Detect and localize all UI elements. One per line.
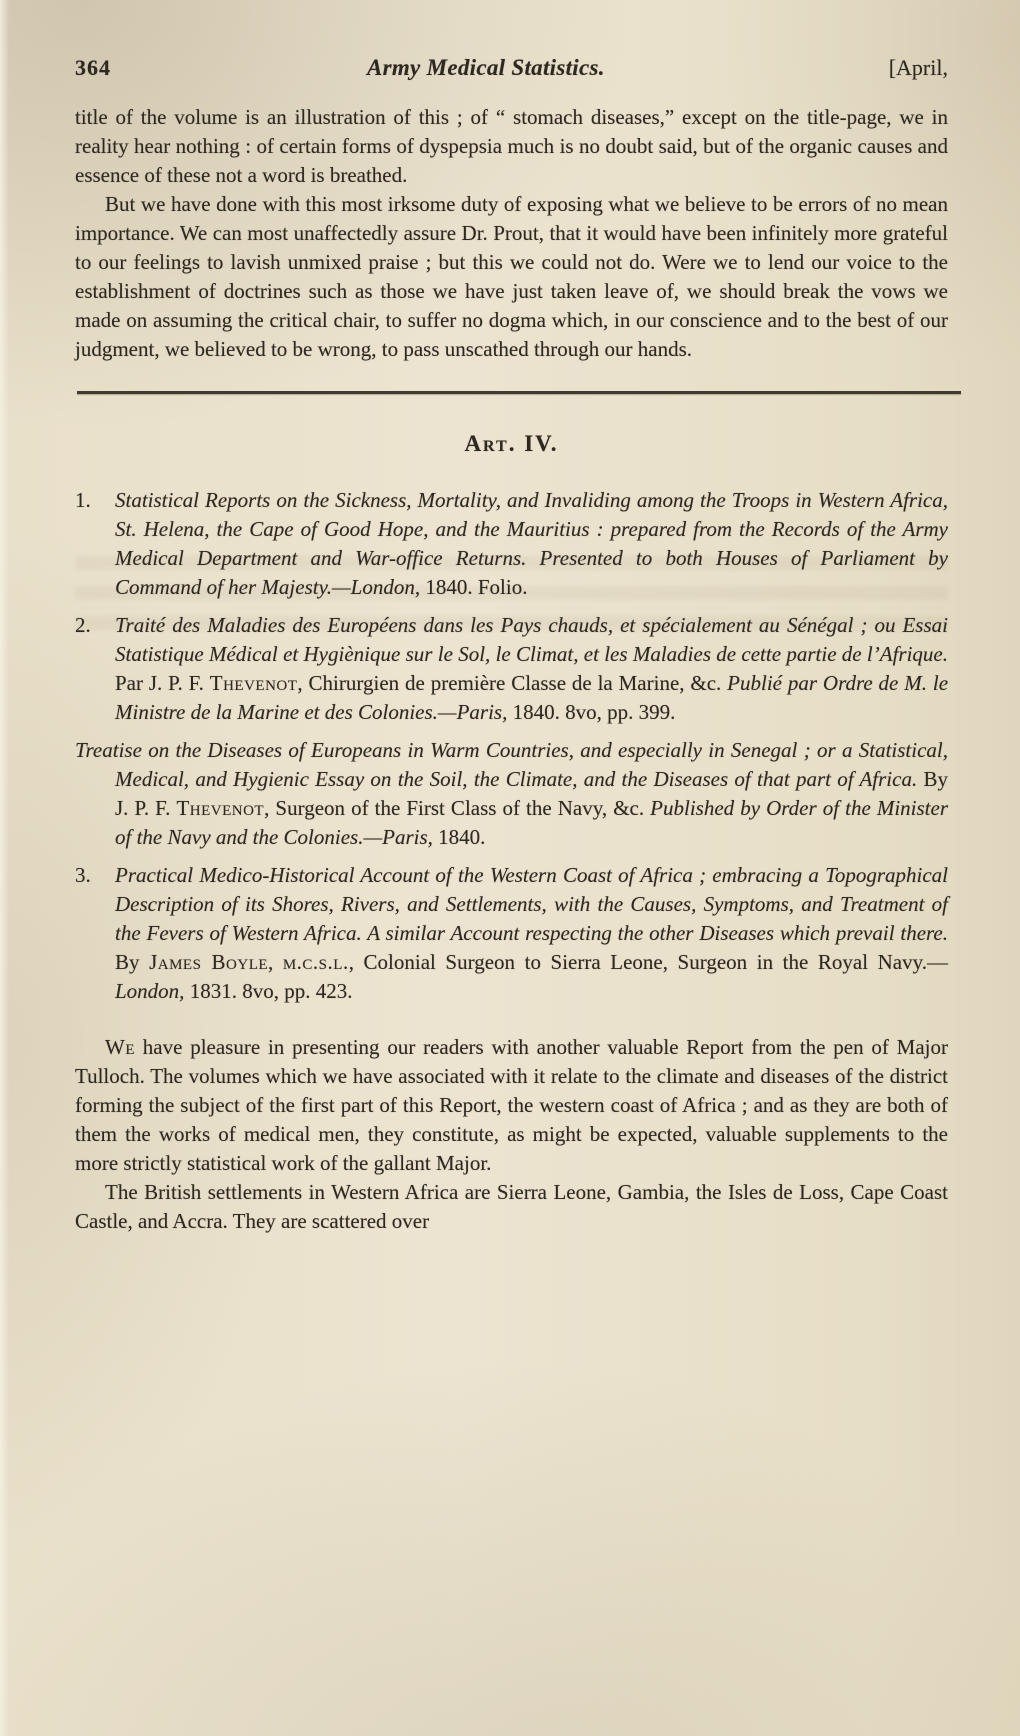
scanned-book-page: 364 Army Medical Statistics. [April, tit… (0, 0, 1020, 1736)
bibliography-list: 1.Statistical Reports on the Sickness, M… (75, 486, 948, 1006)
paragraph-text: have pleasure in presenting our readers … (75, 1035, 948, 1175)
entry-author-title: , Colonial Surgeon to Sierra Leone, Surg… (349, 950, 948, 974)
entry-author: Par J. P. F. (115, 671, 210, 695)
entry-author-title: , Chirurgien de première Classe de la Ma… (297, 671, 727, 695)
entry-separator: , (268, 950, 283, 974)
paragraph: But we have done with this most irksome … (75, 190, 948, 364)
entry-imprint: 1840. 8vo, pp. 399. (513, 700, 676, 724)
paragraph: The British settlements in Western Afric… (75, 1178, 948, 1236)
entry-title: Practical Medico-Historical Account of t… (115, 863, 948, 945)
issue-date: [April, (889, 55, 948, 81)
entry-author-name: Thevenot (210, 671, 298, 695)
paragraph-continuation: title of the volume is an illustration o… (75, 103, 948, 190)
entry-number: 2. (75, 611, 115, 640)
entry-title: Statistical Reports on the Sickness, Mor… (115, 488, 948, 599)
entry-imprint: 1840. Folio. (425, 575, 527, 599)
entry-author: By (115, 950, 149, 974)
page-number: 364 (75, 55, 111, 81)
paragraph-lead-smallcaps: We (105, 1035, 135, 1059)
bibliography-entry: 3.Practical Medico-Historical Account of… (75, 861, 948, 1006)
entry-number: 3. (75, 861, 115, 890)
section-divider-rule (77, 391, 961, 394)
entry-place: London, (115, 979, 190, 1003)
running-header: 364 Army Medical Statistics. [April, (75, 55, 948, 81)
entry-title: Treatise on the Diseases of Europeans in… (75, 738, 948, 791)
bibliography-entry: 1.Statistical Reports on the Sickness, M… (75, 486, 948, 602)
bibliography-entry: 2.Traité des Maladies des Européens dans… (75, 611, 948, 727)
bibliography-entry: Treatise on the Diseases of Europeans in… (75, 736, 948, 852)
page-content: 364 Army Medical Statistics. [April, tit… (0, 0, 1020, 1236)
entry-number: 1. (75, 486, 115, 515)
paragraph: We have pleasure in presenting our reade… (75, 1033, 948, 1178)
running-title: Army Medical Statistics. (367, 55, 605, 81)
entry-author-name: Thevenot (176, 796, 264, 820)
entry-imprint: 1840. (438, 825, 485, 849)
entry-author-name: James Boyle (149, 950, 268, 974)
entry-imprint: 1831. 8vo, pp. 423. (190, 979, 353, 1003)
entry-author-credentials: m.c.s.l. (283, 950, 349, 974)
article-heading: Art. IV. (75, 429, 948, 458)
entry-title: Traité des Maladies des Européens dans l… (115, 613, 948, 666)
page-body: title of the volume is an illustration o… (75, 103, 948, 1236)
entry-author-title: , Surgeon of the First Class of the Navy… (264, 796, 650, 820)
